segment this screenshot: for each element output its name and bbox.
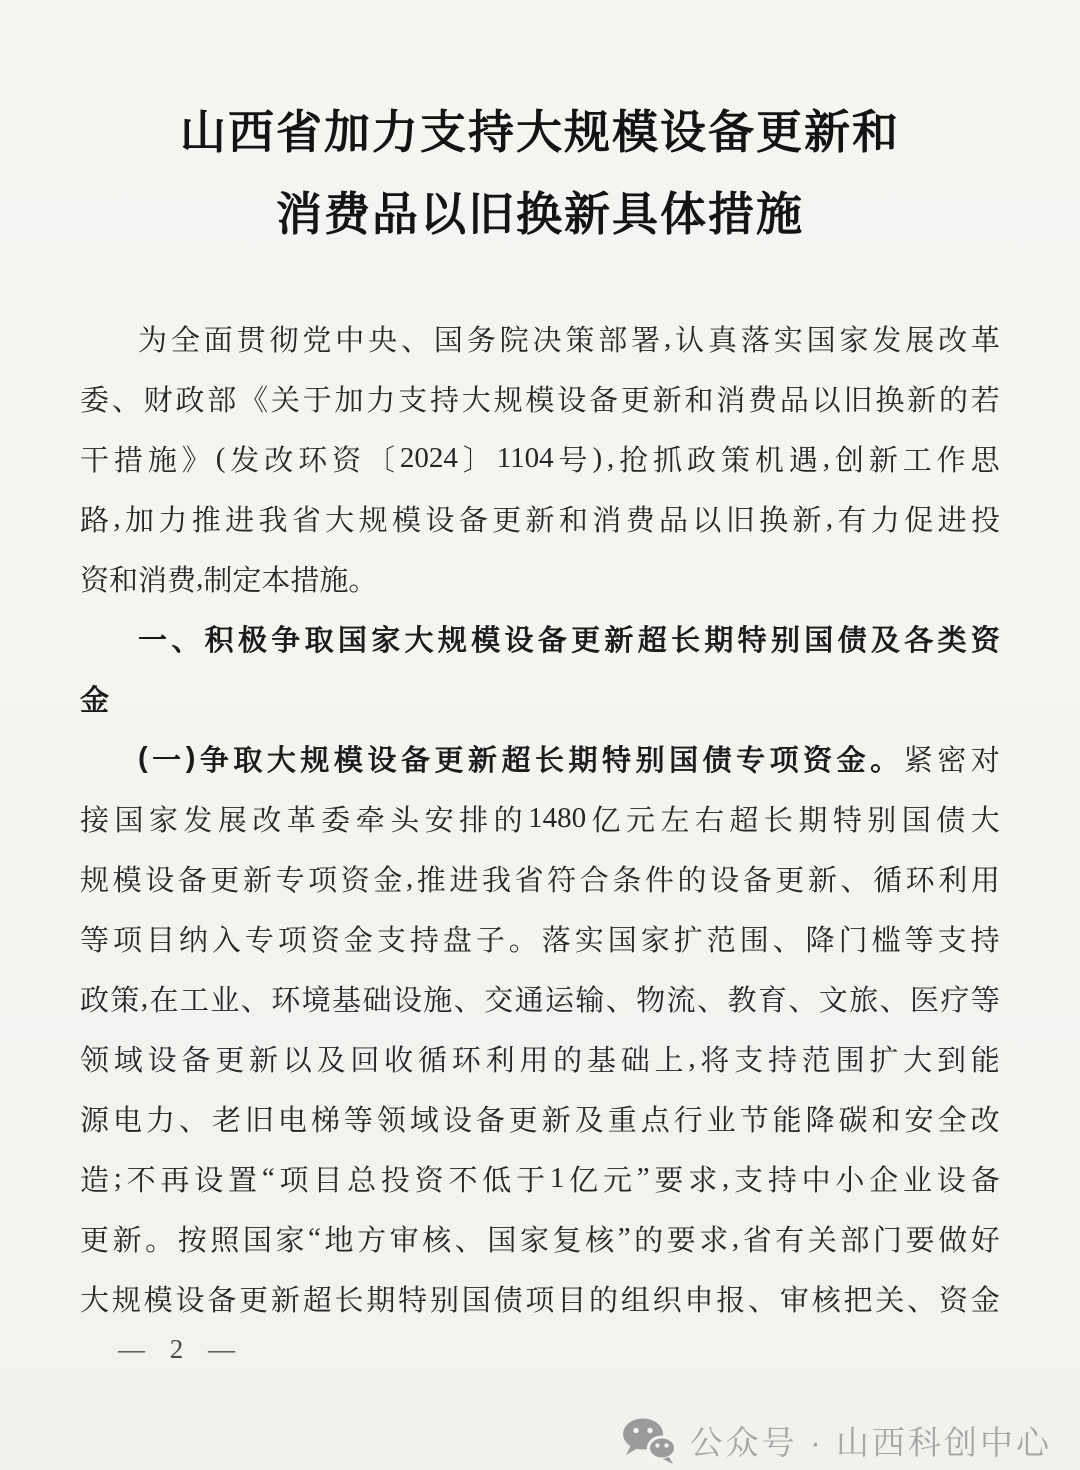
- body-line: 造;不再设置“项目总投资不低于1亿元”要求,支持中小企业设备: [80, 1148, 1000, 1208]
- watermark: 公众号 · 山西科创中心: [622, 1417, 1052, 1464]
- body-line: 等项目纳入专项资金支持盘子。落实国家扩范围、降门槛等支持: [80, 908, 1000, 968]
- document-title: 山西省加力支持大规模设备更新和 消费品以旧换新具体措施: [0, 0, 1080, 256]
- body-line: (一)争取大规模设备更新超长期特别国债专项资金。紧密对: [80, 728, 1000, 788]
- body-line: 规模设备更新专项资金,推进我省符合条件的设备更新、循环利用: [80, 848, 1000, 908]
- title-line-1: 山西省加力支持大规模设备更新和: [0, 92, 1080, 174]
- title-line-2: 消费品以旧换新具体措施: [0, 174, 1080, 256]
- body-line: 接国家发展改革委牵头安排的1480亿元左右超长期特别国债大: [80, 788, 1000, 848]
- watermark-label: 公众号 · 山西科创中心: [690, 1417, 1052, 1464]
- body-line: 一、积极争取国家大规模设备更新超长期特别国债及各类资: [80, 608, 1000, 668]
- body-line: 更新。按照国家“地方审核、国家复核”的要求,省有关部门要做好: [80, 1208, 1000, 1268]
- body-line: 领域设备更新以及回收循环利用的基础上,将支持范围扩大到能: [80, 1028, 1000, 1088]
- body-line: 源电力、老旧电梯等领域设备更新及重点行业节能降碳和安全改: [80, 1088, 1000, 1148]
- body-line: 路,加力推进我省大规模设备更新和消费品以旧换新,有力促进投: [80, 488, 1000, 548]
- body-line: 干措施》(发改环资〔2024〕1104号),抢抓政策机遇,创新工作思: [80, 428, 1000, 488]
- body-line: 金: [80, 668, 1000, 728]
- body-line: 资和消费,制定本措施。: [80, 548, 1000, 608]
- body-line: 为全面贯彻党中央、国务院决策部署,认真落实国家发展改革: [80, 308, 1000, 368]
- body-line: 委、财政部《关于加力支持大规模设备更新和消费品以旧换新的若: [80, 368, 1000, 428]
- page-number: — 2 —: [118, 1334, 1080, 1365]
- body-line: 政策,在工业、环境基础设施、交通运输、物流、教育、文旅、医疗等: [80, 968, 1000, 1028]
- document-body: 为全面贯彻党中央、国务院决策部署,认真落实国家发展改革委、财政部《关于加力支持大…: [80, 308, 1000, 1328]
- document-page: 山西省加力支持大规模设备更新和 消费品以旧换新具体措施 为全面贯彻党中央、国务院…: [0, 0, 1080, 1470]
- wechat-icon: [622, 1418, 676, 1464]
- body-line: 大规模设备更新超长期特别国债项目的组织申报、审核把关、资金: [80, 1268, 1000, 1328]
